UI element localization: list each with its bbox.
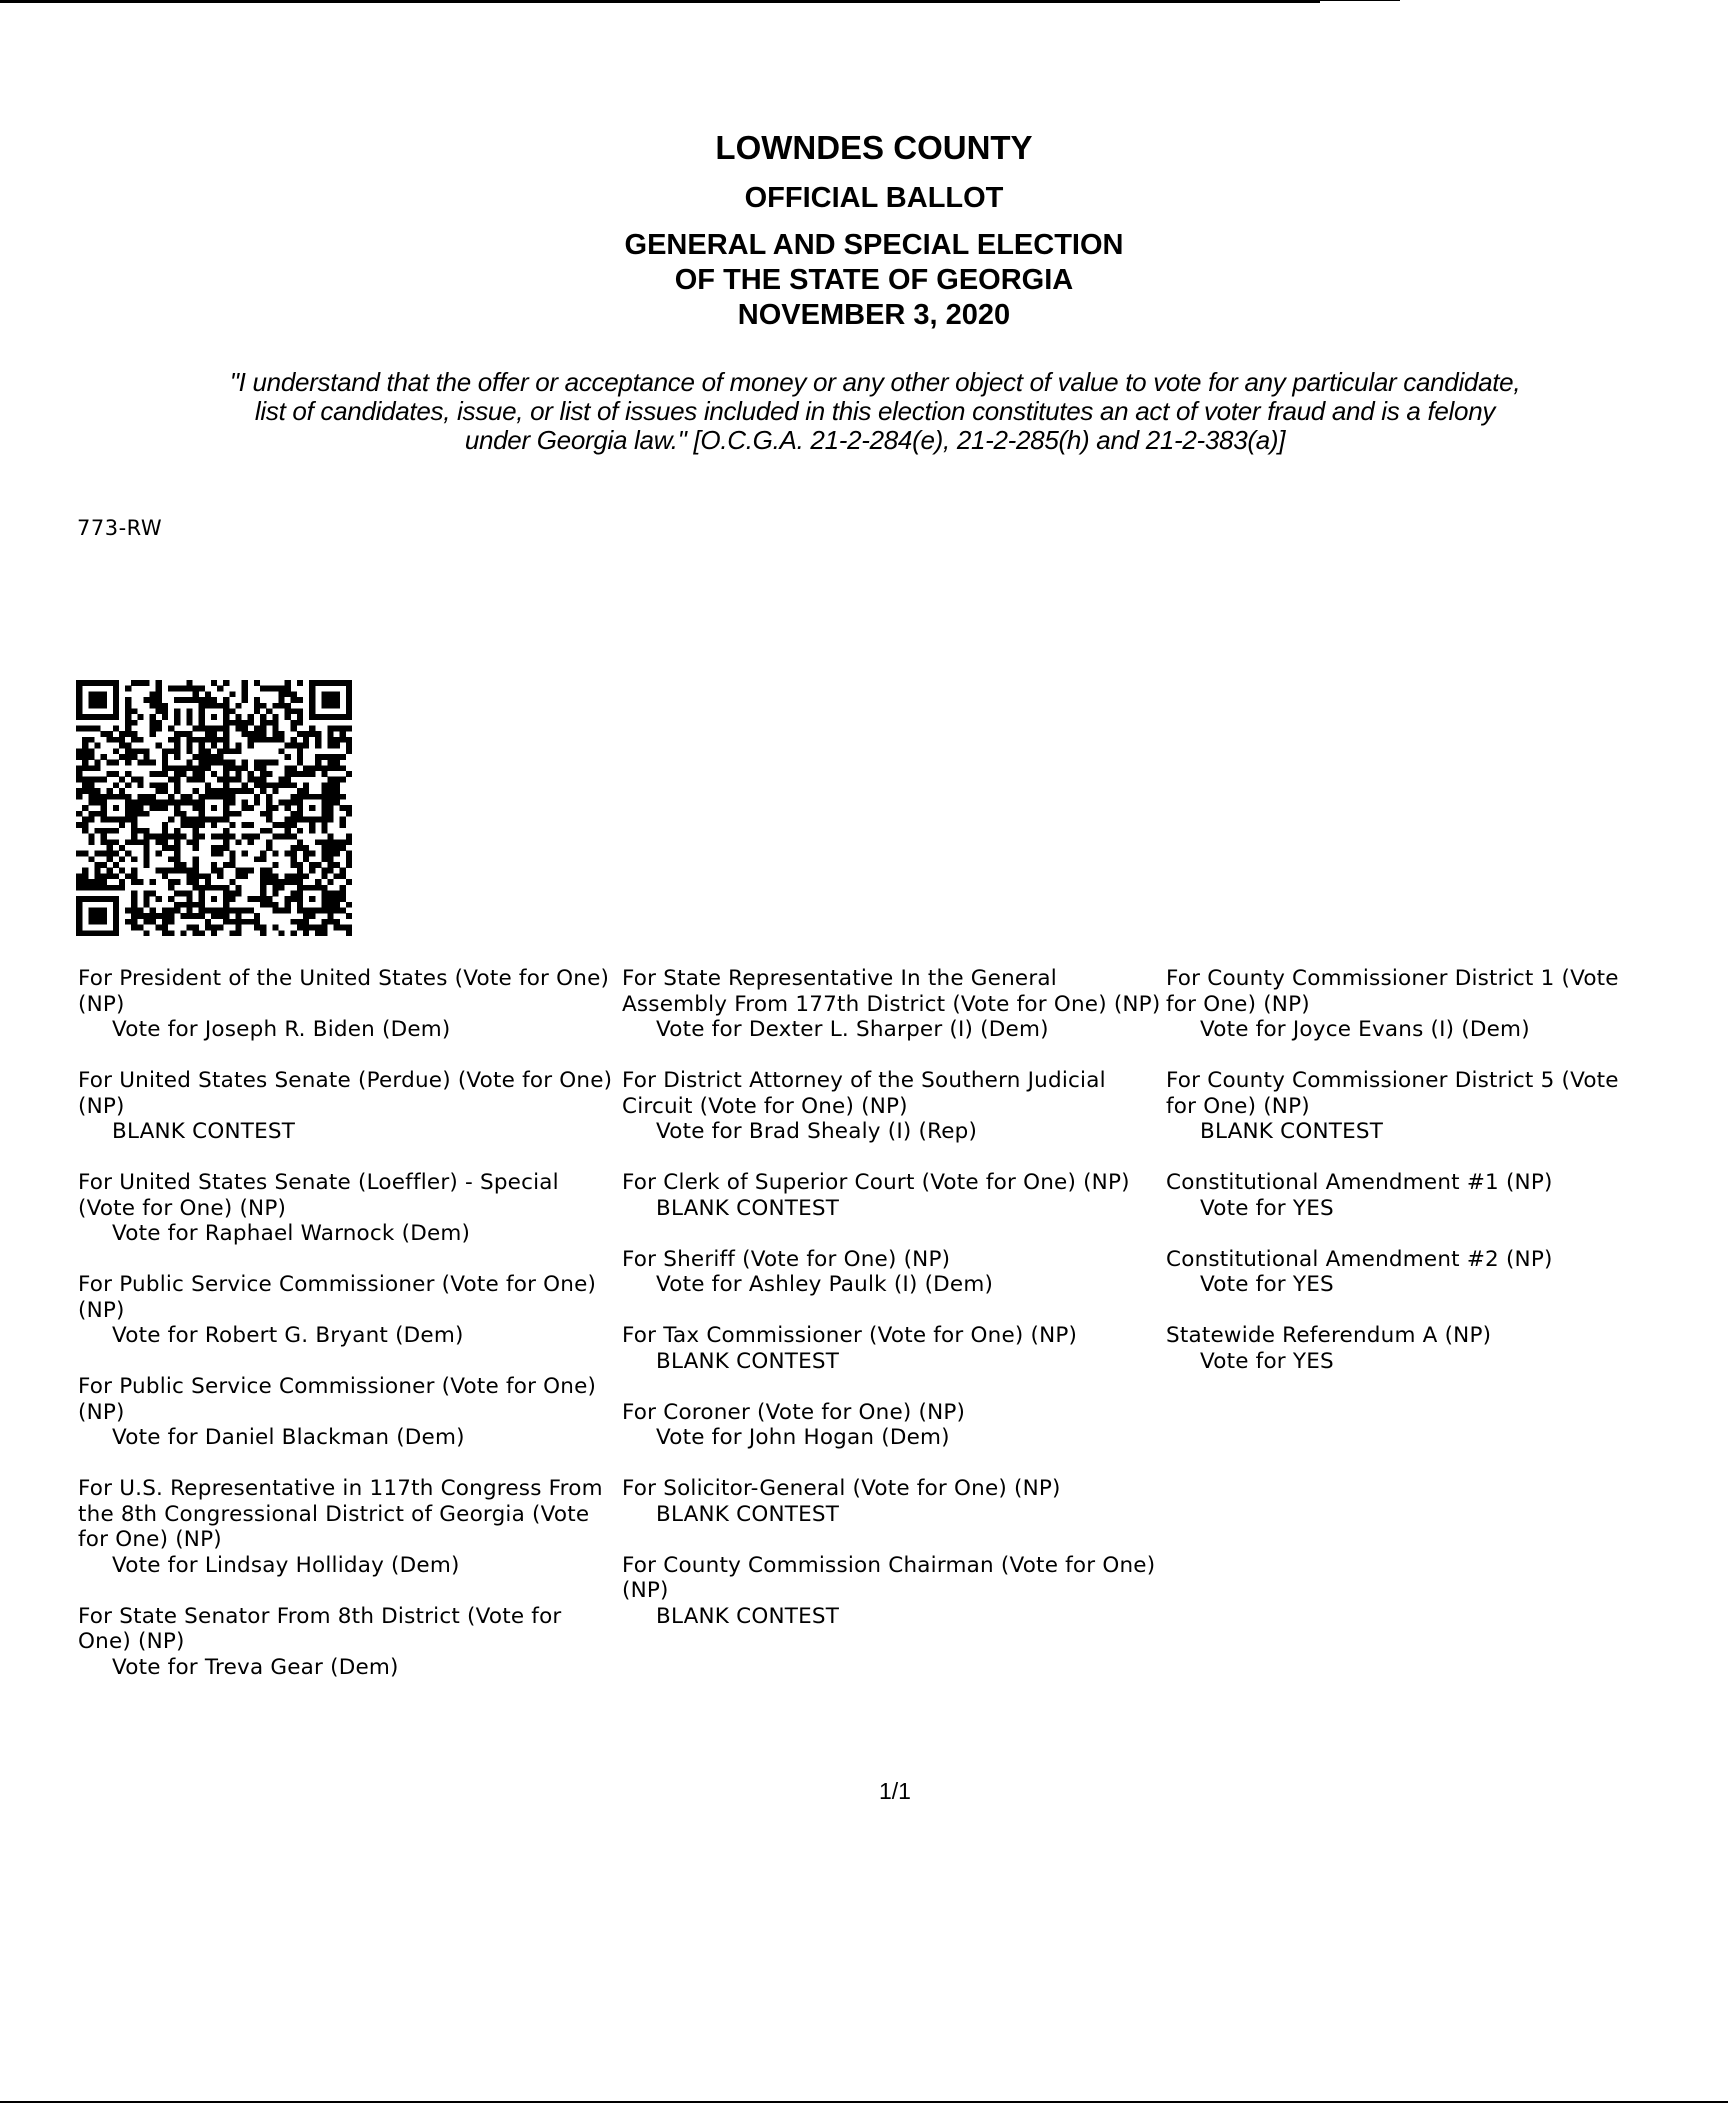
page-number: 1/1 bbox=[0, 1778, 1728, 1805]
ballot-type-title: OFFICIAL BALLOT bbox=[0, 180, 1728, 216]
contest-selection: Vote for YES bbox=[1166, 1272, 1728, 1298]
contest-selection: Vote for Treva Gear (Dem) bbox=[78, 1655, 618, 1681]
contest-title: For Coroner (Vote for One) (NP) bbox=[622, 1400, 1162, 1426]
contest-title: For State Senator From 8th District (Vot… bbox=[78, 1604, 618, 1655]
contest-title: Constitutional Amendment #2 (NP) bbox=[1166, 1247, 1728, 1273]
contest-selection: Vote for Raphael Warnock (Dem) bbox=[78, 1221, 618, 1247]
contest-entry: For Coroner (Vote for One) (NP)Vote for … bbox=[622, 1400, 1162, 1451]
county-title: LOWNDES COUNTY bbox=[0, 128, 1728, 168]
contest-selection: Vote for Joyce Evans (I) (Dem) bbox=[1166, 1017, 1728, 1043]
contest-entry: Constitutional Amendment #1 (NP)Vote for… bbox=[1166, 1170, 1728, 1221]
contest-selection: Vote for Brad Shealy (I) (Rep) bbox=[622, 1119, 1162, 1145]
contest-entry: For Sheriff (Vote for One) (NP)Vote for … bbox=[622, 1247, 1162, 1298]
contest-selection: BLANK CONTEST bbox=[1166, 1119, 1728, 1145]
contest-title: For Public Service Commissioner (Vote fo… bbox=[78, 1374, 618, 1425]
contest-selection: Vote for Dexter L. Sharper (I) (Dem) bbox=[622, 1017, 1162, 1043]
contest-selection: BLANK CONTEST bbox=[622, 1196, 1162, 1222]
contest-title: For Solicitor-General (Vote for One) (NP… bbox=[622, 1476, 1162, 1502]
election-title-line2: OF THE STATE OF GEORGIA bbox=[0, 263, 1728, 298]
contest-selection: Vote for Joseph R. Biden (Dem) bbox=[78, 1017, 618, 1043]
contest-selection: Vote for John Hogan (Dem) bbox=[622, 1425, 1162, 1451]
contest-entry: For District Attorney of the Southern Ju… bbox=[622, 1068, 1162, 1145]
contest-selection: Vote for Robert G. Bryant (Dem) bbox=[78, 1323, 618, 1349]
contest-entry: For Solicitor-General (Vote for One) (NP… bbox=[622, 1476, 1162, 1527]
ballot-style-id: 773-RW bbox=[77, 516, 162, 540]
contest-title: For County Commissioner District 1 (Vote… bbox=[1166, 966, 1728, 1017]
ballot-header: LOWNDES COUNTY OFFICIAL BALLOT GENERAL A… bbox=[0, 128, 1728, 333]
contest-entry: For Clerk of Superior Court (Vote for On… bbox=[622, 1170, 1162, 1221]
scan-edge-top-fragment bbox=[1320, 0, 1400, 1]
contest-selection: BLANK CONTEST bbox=[78, 1119, 618, 1145]
election-date: NOVEMBER 3, 2020 bbox=[0, 298, 1728, 333]
contest-title: For Tax Commissioner (Vote for One) (NP) bbox=[622, 1323, 1162, 1349]
contest-entry: For Tax Commissioner (Vote for One) (NP)… bbox=[622, 1323, 1162, 1374]
oath-line: list of candidates, issue, or list of is… bbox=[70, 397, 1680, 426]
contest-title: For United States Senate (Loeffler) - Sp… bbox=[78, 1170, 618, 1221]
contest-entry: For State Senator From 8th District (Vot… bbox=[78, 1604, 618, 1681]
contest-entry: For State Representative In the General … bbox=[622, 966, 1162, 1043]
contest-column-2: For State Representative In the General … bbox=[622, 966, 1162, 1655]
contest-entry: For County Commissioner District 1 (Vote… bbox=[1166, 966, 1728, 1043]
contest-selection: Vote for Daniel Blackman (Dem) bbox=[78, 1425, 618, 1451]
contest-column-3: For County Commissioner District 1 (Vote… bbox=[1166, 966, 1728, 1400]
contest-selection: BLANK CONTEST bbox=[622, 1604, 1162, 1630]
contest-selection: Vote for Lindsay Holliday (Dem) bbox=[78, 1553, 618, 1579]
contest-entry: For County Commissioner District 5 (Vote… bbox=[1166, 1068, 1728, 1145]
oath-line: "I understand that the offer or acceptan… bbox=[70, 368, 1680, 397]
contest-title: For United States Senate (Perdue) (Vote … bbox=[78, 1068, 618, 1119]
contest-title: For State Representative In the General … bbox=[622, 966, 1162, 1017]
contest-title: For Clerk of Superior Court (Vote for On… bbox=[622, 1170, 1162, 1196]
contest-title: For President of the United States (Vote… bbox=[78, 966, 618, 1017]
qr-code-icon bbox=[76, 680, 352, 936]
contest-selection: Vote for Ashley Paulk (I) (Dem) bbox=[622, 1272, 1162, 1298]
contest-entry: Constitutional Amendment #2 (NP)Vote for… bbox=[1166, 1247, 1728, 1298]
contest-entry: For Public Service Commissioner (Vote fo… bbox=[78, 1374, 618, 1451]
scan-edge-top bbox=[0, 0, 1320, 3]
contest-entry: For United States Senate (Perdue) (Vote … bbox=[78, 1068, 618, 1145]
contest-title: For U.S. Representative in 117th Congres… bbox=[78, 1476, 618, 1553]
election-title-line1: GENERAL AND SPECIAL ELECTION bbox=[0, 228, 1728, 263]
contest-title: For Sheriff (Vote for One) (NP) bbox=[622, 1247, 1162, 1273]
contest-title: Constitutional Amendment #1 (NP) bbox=[1166, 1170, 1728, 1196]
contest-title: For District Attorney of the Southern Ju… bbox=[622, 1068, 1162, 1119]
contest-selection: Vote for YES bbox=[1166, 1196, 1728, 1222]
voter-fraud-oath: "I understand that the offer or acceptan… bbox=[70, 368, 1680, 455]
contest-entry: Statewide Referendum A (NP)Vote for YES bbox=[1166, 1323, 1728, 1374]
contest-title: For County Commission Chairman (Vote for… bbox=[622, 1553, 1162, 1604]
contest-title: For County Commissioner District 5 (Vote… bbox=[1166, 1068, 1728, 1119]
contest-title: Statewide Referendum A (NP) bbox=[1166, 1323, 1728, 1349]
contest-title: For Public Service Commissioner (Vote fo… bbox=[78, 1272, 618, 1323]
contest-selection: BLANK CONTEST bbox=[622, 1502, 1162, 1528]
oath-line: under Georgia law." [O.C.G.A. 21-2-284(e… bbox=[70, 426, 1680, 455]
contest-entry: For President of the United States (Vote… bbox=[78, 966, 618, 1043]
contest-selection: Vote for YES bbox=[1166, 1349, 1728, 1375]
contest-entry: For County Commission Chairman (Vote for… bbox=[622, 1553, 1162, 1630]
contest-selection: BLANK CONTEST bbox=[622, 1349, 1162, 1375]
contest-column-1: For President of the United States (Vote… bbox=[78, 966, 618, 1706]
contest-entry: For U.S. Representative in 117th Congres… bbox=[78, 1476, 618, 1578]
contest-entry: For United States Senate (Loeffler) - Sp… bbox=[78, 1170, 618, 1247]
contest-entry: For Public Service Commissioner (Vote fo… bbox=[78, 1272, 618, 1349]
